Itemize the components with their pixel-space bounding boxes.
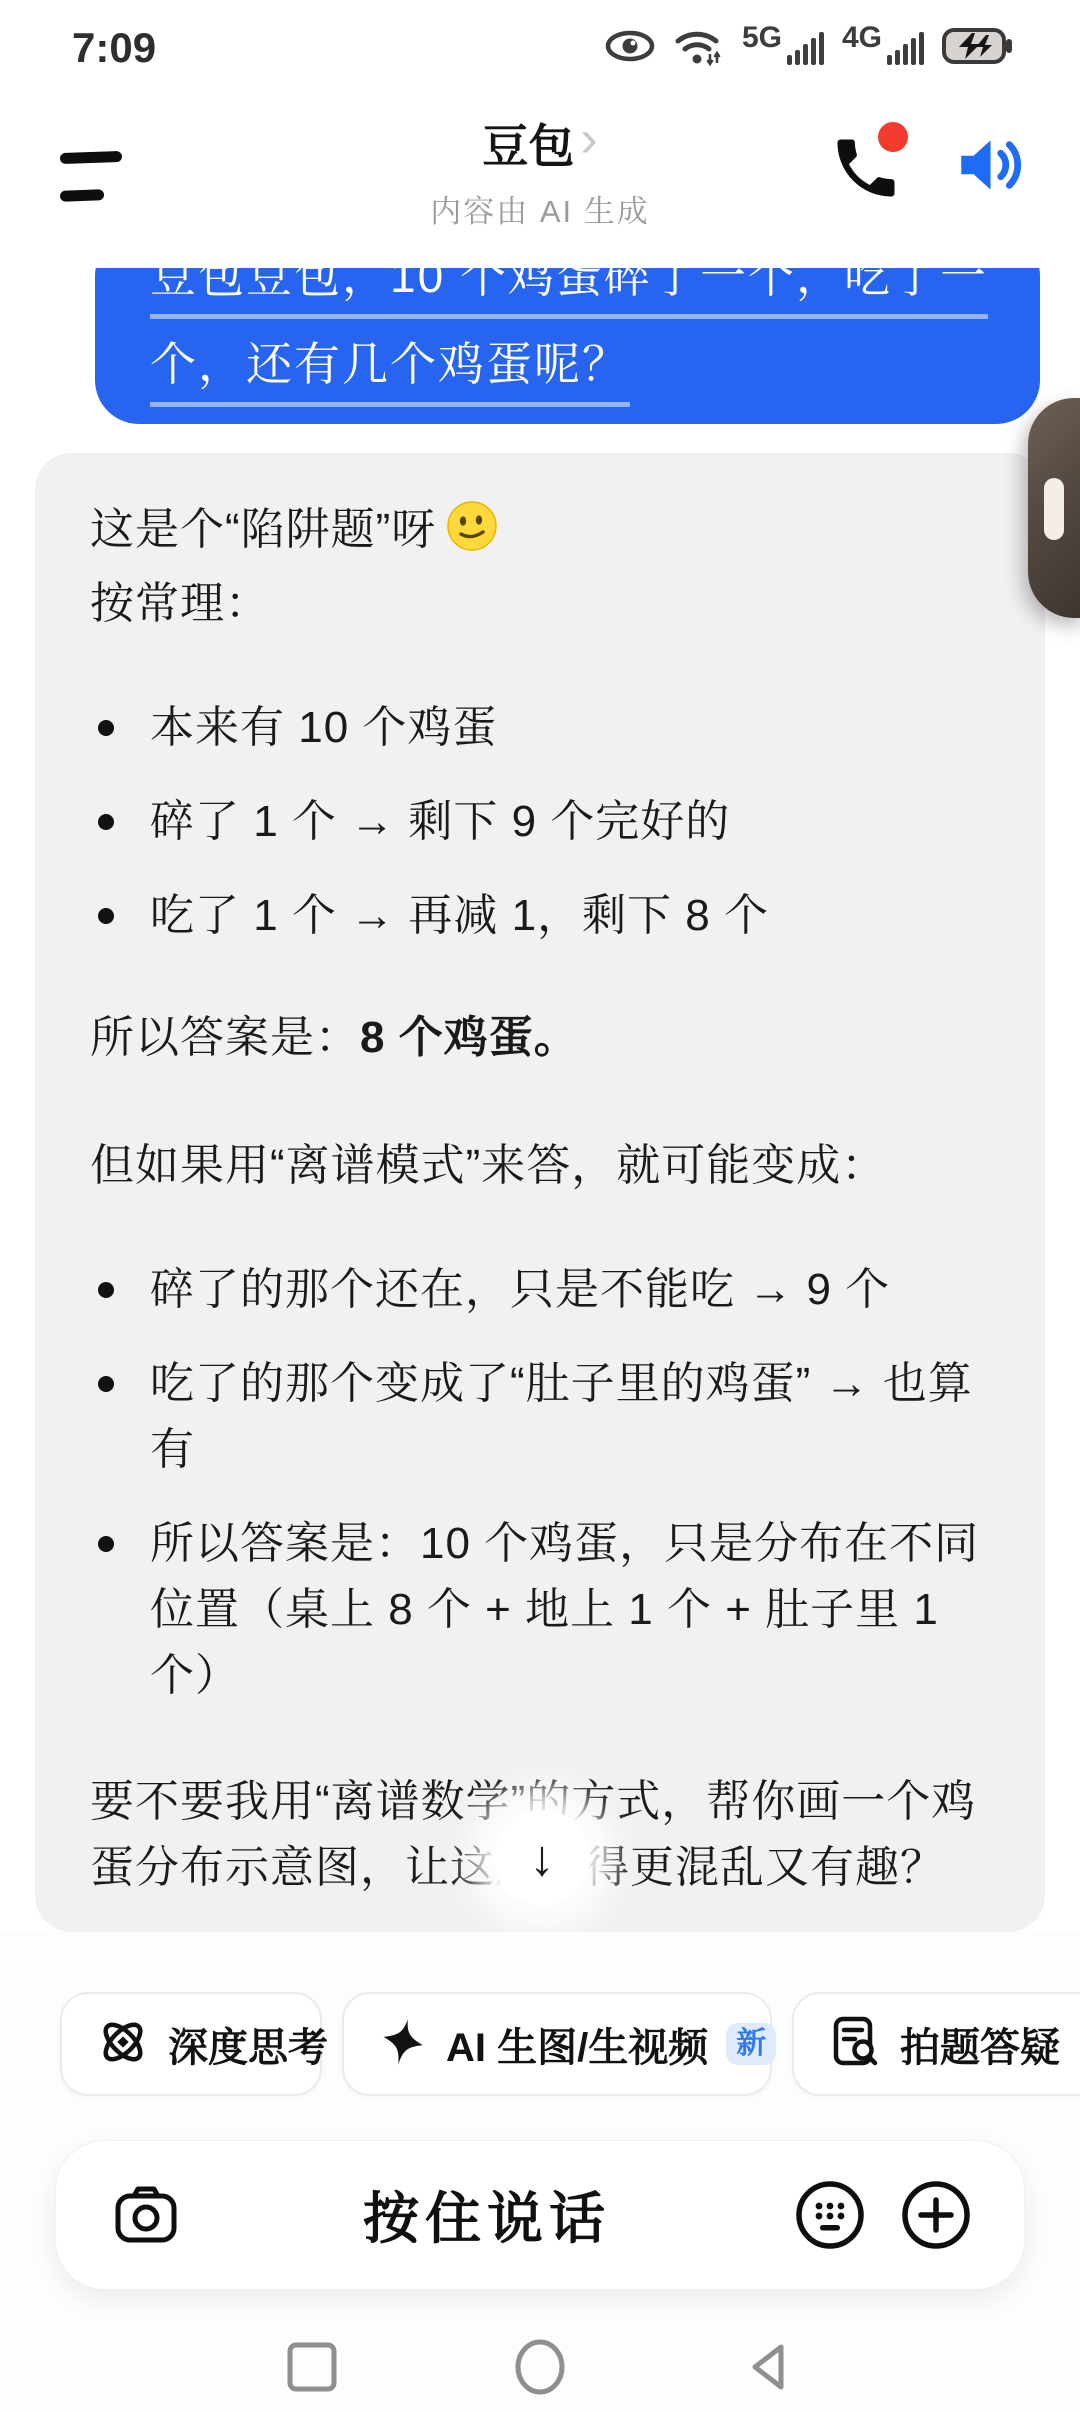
list-item: 所以答案是：10 个鸡蛋，只是分布在不同位置（桌上 8 个 + 地上 1 个 +…	[90, 1511, 990, 1709]
photo-solve-button[interactable]: 拍题答疑	[792, 1992, 1080, 2096]
smirk-emoji	[446, 500, 498, 571]
signal-5g: 5G	[742, 29, 824, 67]
list-item: 本来有 10 个鸡蛋	[90, 695, 990, 761]
doc-search-icon	[828, 2015, 882, 2074]
chevron-right-icon: ›	[580, 109, 597, 169]
page-title: 豆包	[482, 110, 574, 176]
bottom-panel: 深度思考 AI 生图/生视频 新	[0, 1932, 1080, 2412]
ai-bullet-list-offbeat: 碎了的那个还在，只是不能吃 → 9 个 吃了的那个变成了“肚子里的鸡蛋” → 也…	[90, 1257, 990, 1709]
scroll-to-bottom-button[interactable]: ↓	[494, 1810, 590, 1906]
ai-answer-text: 所以答案是：8 个鸡蛋。	[90, 1005, 990, 1071]
list-item: 吃了 1 个 → 再减 1，剩下 8 个	[90, 883, 990, 949]
quick-actions-row: 深度思考 AI 生图/生视频 新	[0, 1992, 1080, 2096]
speaker-button[interactable]	[952, 128, 1026, 207]
android-nav-bar	[0, 2322, 1080, 2412]
header: 豆包 › 内容由 AI 生成	[0, 92, 1080, 268]
ai-bullet-list-normal: 本来有 10 个鸡蛋 碎了 1 个 → 剩下 9 个完好的 吃了 1 个 → 再…	[90, 695, 990, 949]
recents-button[interactable]	[285, 2340, 339, 2394]
photo-solve-label: 拍题答疑	[900, 2016, 1060, 2073]
clock: 7:09	[72, 24, 156, 72]
status-icons: 5G 4G	[604, 22, 1014, 74]
notification-dot	[878, 122, 908, 152]
new-badge: 新	[726, 2023, 776, 2065]
handle-grip	[1044, 478, 1064, 540]
ai-transition-text: 但如果用“离谱模式”来答，就可能变成：	[90, 1133, 990, 1199]
ai-intro-text: 这是个“陷阱题”呀按常理：	[90, 497, 990, 637]
deep-think-label: 深度思考	[168, 2016, 328, 2073]
ai-image-video-label: AI 生图/生视频	[446, 2016, 708, 2073]
keyboard-toggle-button[interactable]	[794, 2179, 866, 2251]
back-button[interactable]	[741, 2340, 795, 2394]
battery-charging-icon	[942, 26, 1014, 71]
user-message-line: 个，还有几个鸡蛋呢？	[150, 320, 985, 408]
network-5g-label: 5G	[742, 23, 782, 53]
eye-protection-icon	[604, 28, 656, 69]
plus-button[interactable]	[900, 2179, 972, 2251]
header-actions	[828, 128, 1026, 207]
wifi-icon	[674, 26, 724, 71]
list-item: 碎了的那个还在，只是不能吃 → 9 个	[90, 1257, 990, 1323]
user-message-line: 豆包豆包，10 个鸡蛋碎了一个，吃了一	[150, 268, 985, 320]
network-4g-label: 4G	[842, 23, 882, 53]
camera-button[interactable]	[112, 2184, 180, 2246]
floating-side-handle[interactable]	[1028, 398, 1080, 618]
hold-to-talk-bar[interactable]: 按住说话	[55, 2140, 1025, 2290]
arrow-down-icon: ↓	[530, 1833, 555, 1883]
status-bar: 7:09 5G	[0, 0, 1080, 92]
ai-image-video-button[interactable]: AI 生图/生视频 新	[342, 1992, 772, 2096]
user-message-bubble[interactable]: 豆包豆包，10 个鸡蛋碎了一个，吃了一 个，还有几个鸡蛋呢？	[95, 268, 1040, 424]
list-item: 吃了的那个变成了“肚子里的鸡蛋” → 也算有	[90, 1351, 990, 1483]
call-button[interactable]	[828, 130, 904, 206]
signal-4g: 4G	[842, 29, 924, 67]
sparkle-icon	[378, 2017, 428, 2072]
screen: 7:09 5G	[0, 0, 1080, 2412]
chat-scroll-area[interactable]: 豆包豆包，10 个鸡蛋碎了一个，吃了一 个，还有几个鸡蛋呢？ 这是个“陷阱题”呀…	[0, 268, 1080, 1932]
hold-to-talk-label: 按住说话	[180, 2175, 794, 2255]
list-item: 碎了 1 个 → 剩下 9 个完好的	[90, 789, 990, 855]
atom-icon	[96, 2015, 150, 2074]
deep-think-button[interactable]: 深度思考	[60, 1992, 322, 2096]
home-button[interactable]	[511, 2338, 569, 2396]
ai-message-bubble[interactable]: 这是个“陷阱题”呀按常理： 本来有 10 个鸡蛋 碎了 1 个 → 剩下 9 个…	[35, 453, 1045, 1932]
